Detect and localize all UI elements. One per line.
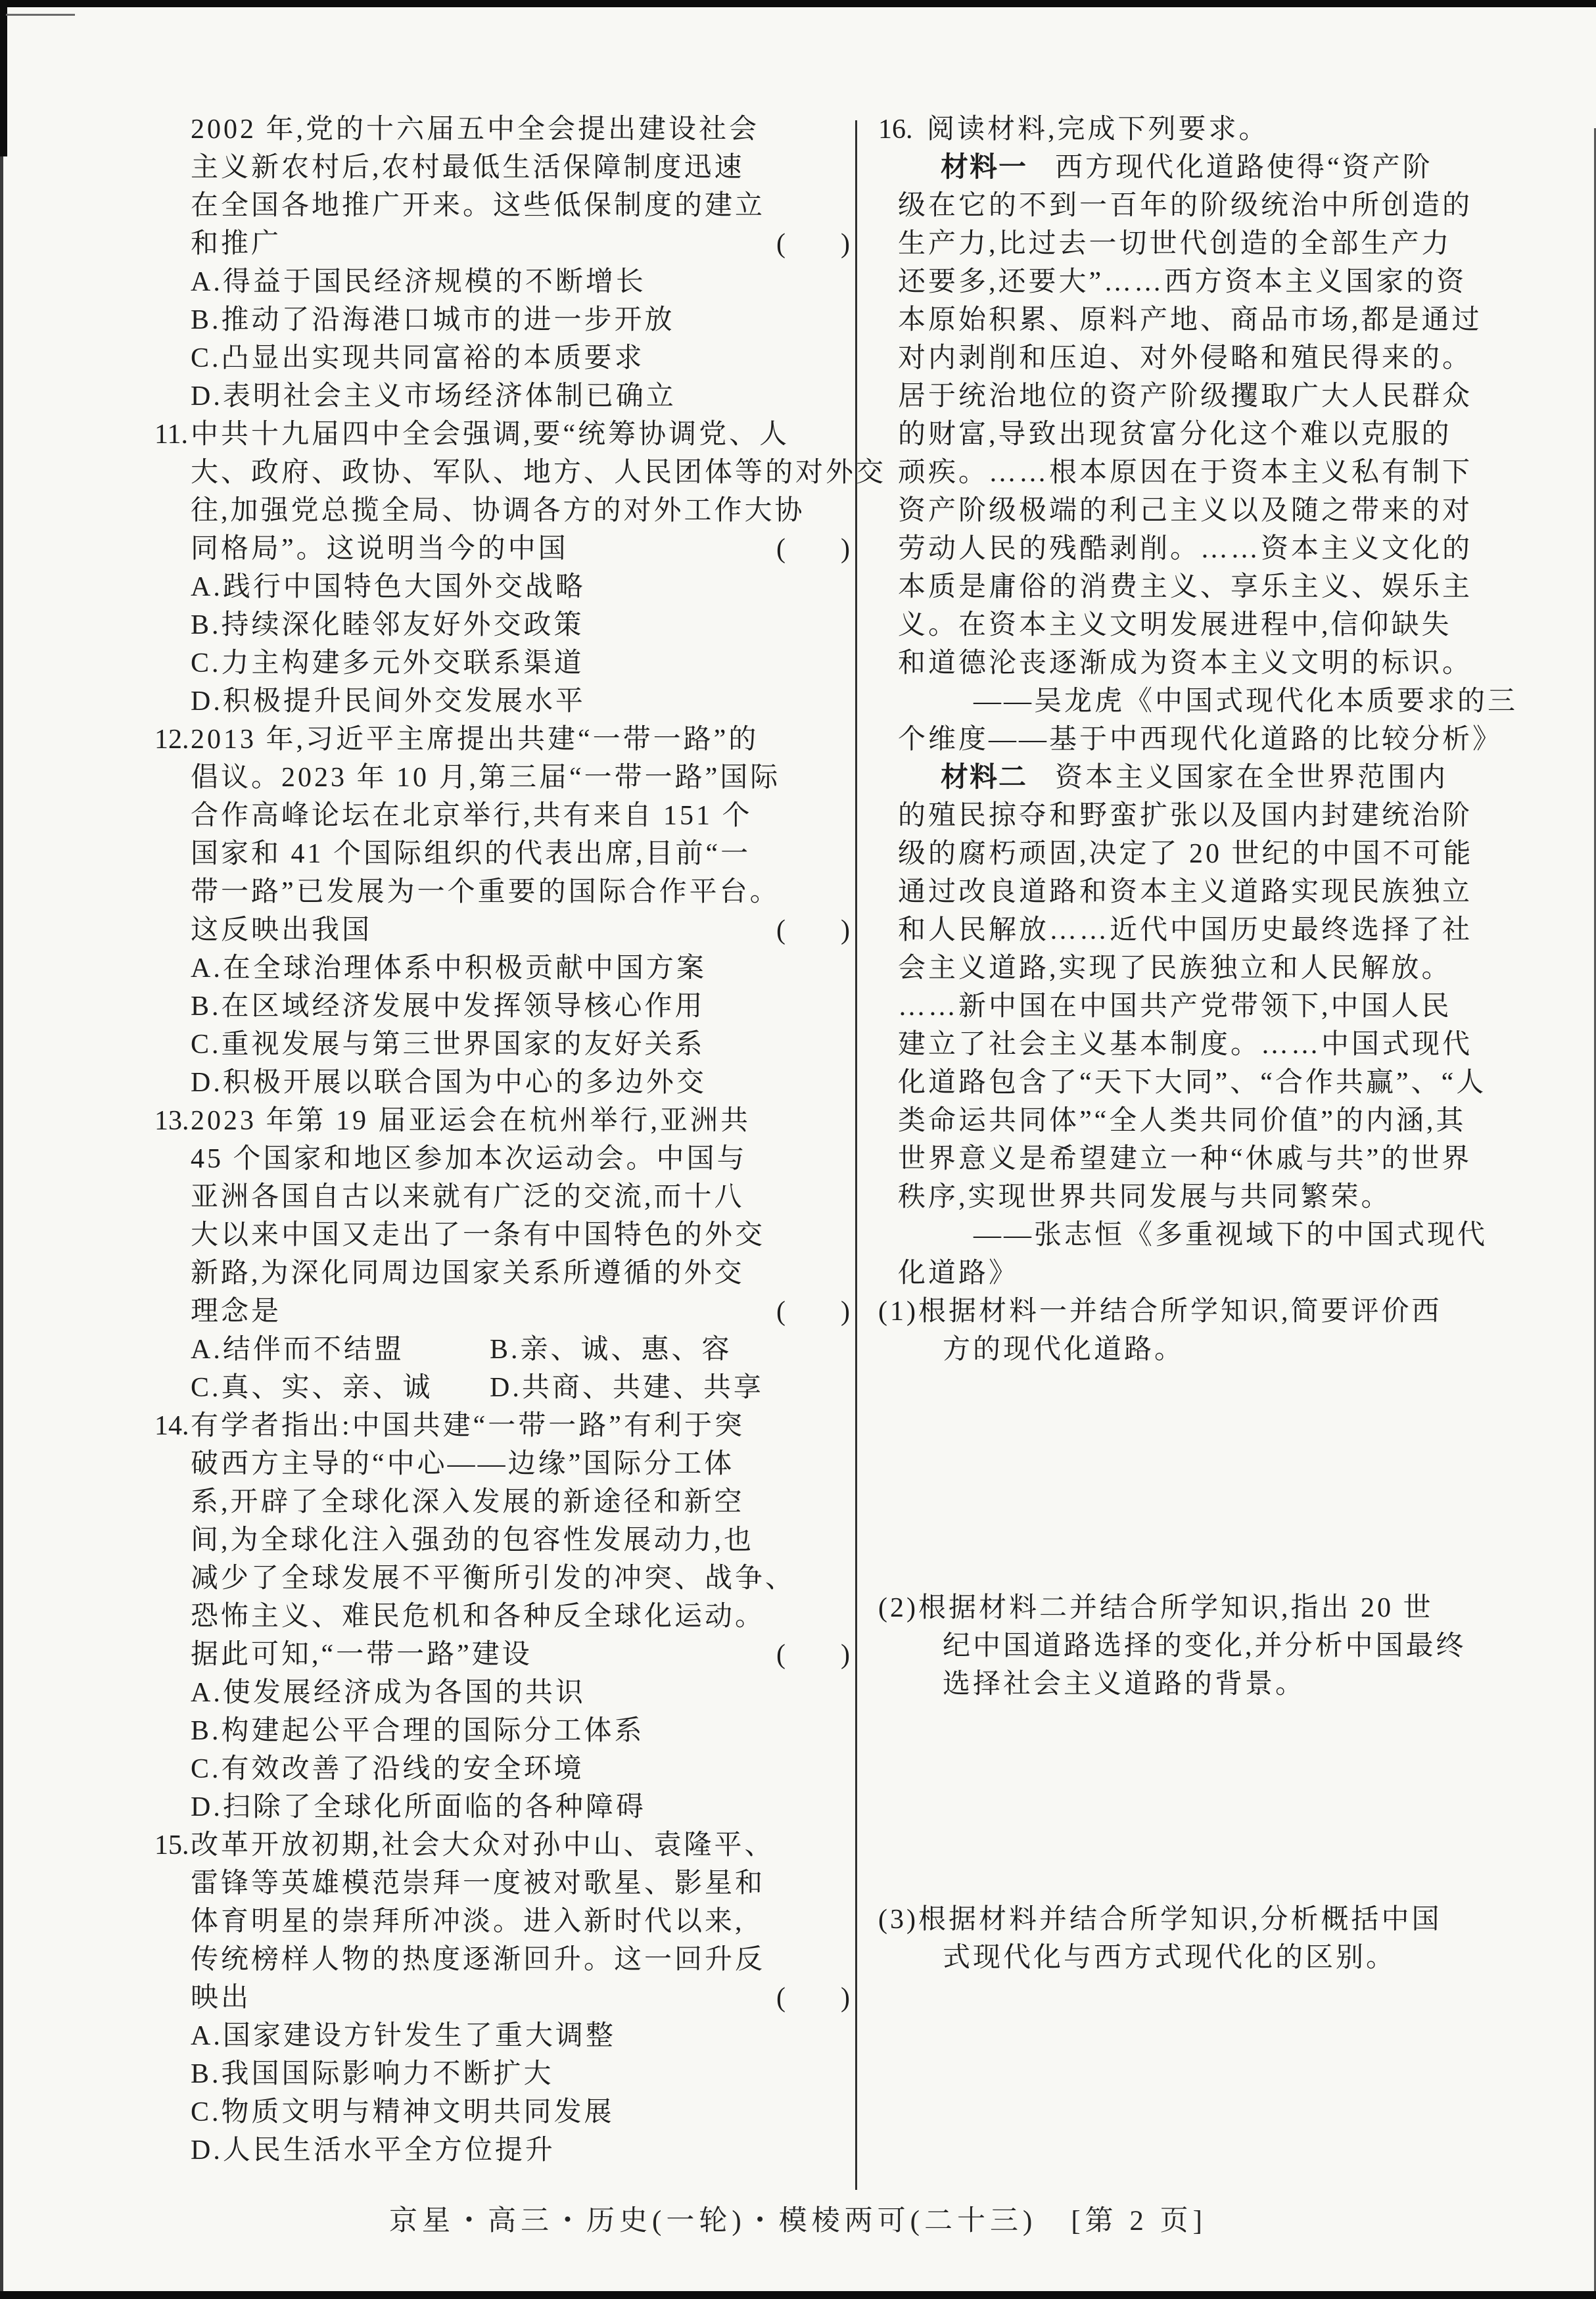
stem-line: 11.中共十九届四中全会强调,要“统筹协调党、人 <box>154 415 850 454</box>
stem-tail-text: 同格局”。这说明当今的中国 <box>191 530 569 568</box>
material-line: 资产阶级极端的利己主义以及随之带来的对 <box>878 492 1575 530</box>
option-line: C.凸显出实现共同富裕的本质要求 <box>154 339 850 377</box>
answer-bracket: ( ) <box>776 1979 850 2017</box>
option-cell: B.亲、诚、惠、容 <box>490 1335 732 1365</box>
material-line: 本原始积累、原料产地、商品市场,都是通过 <box>878 301 1575 339</box>
stem-line: 破西方主导的“中心——边缘”国际分工体 <box>154 1445 850 1483</box>
option-line: C.重视发展与第三世界国家的友好关系 <box>154 1026 850 1064</box>
stem-line: 倡议。2023 年 10 月,第三届“一带一路”国际 <box>154 759 850 797</box>
stem-line: 14.有学者指出:中国共建“一带一路”有利于突 <box>154 1407 850 1445</box>
sub-question-block: (1)根据材料一并结合所学知识,简要评价西方的现代化道路。 <box>878 1292 1575 1369</box>
source-attribution: ——吴龙虎《中国式现代化本质要求的三个维度——基于中西现代化道路的比较分析》 <box>878 682 1575 759</box>
question-block: 13.2023 年第 19 届亚运会在杭州举行,亚洲共45 个国家和地区参加本次… <box>154 1102 850 1407</box>
answer-bracket: ( ) <box>776 225 850 263</box>
option-line: C.有效改善了沿线的安全环境 <box>154 1750 850 1788</box>
stem-line: 12.2013 年,习近平主席提出共建“一带一路”的 <box>154 721 850 759</box>
stem-line: 系,开辟了全球化深入发展的新途径和新空 <box>154 1483 850 1521</box>
material-line: ……新中国在中国共产党带领下,中国人民 <box>878 987 1575 1026</box>
material-line: 级在它的不到一百年的阶级统治中所创造的 <box>878 187 1575 225</box>
option-cell: A.结伴而不结盟 <box>191 1331 490 1369</box>
option-line: C.力主构建多元外交联系渠道 <box>154 644 850 682</box>
stem-tail-line: 映出( ) <box>154 1979 850 2017</box>
scan-registration-tick <box>6 14 75 16</box>
option-line: B.推动了沿海港口城市的进一步开放 <box>154 301 850 339</box>
option-line: A.使发展经济成为各国的共识 <box>154 1674 850 1712</box>
question-number: 14. <box>154 1407 191 1445</box>
material-line: 类命运共同体”“全人类共同价值”的内涵,其 <box>878 1102 1575 1140</box>
option-line: A.在全球治理体系中积极贡献中国方案 <box>154 949 850 987</box>
question-number: 13. <box>154 1102 191 1140</box>
stem-line: 带一路”已发展为一个重要的国际合作平台。 <box>154 873 850 911</box>
question-number: 11. <box>154 415 191 454</box>
option-line: D.人民生活水平全方位提升 <box>154 2131 850 2169</box>
material-line: 义。在资本主义文明发展进程中,信仰缺失 <box>878 606 1575 644</box>
stem-line: 大、政府、政协、军队、地方、人民团体等的对外交 <box>154 454 850 492</box>
footer-page-number: [第 2 页] <box>1071 2206 1207 2237</box>
question-number: 12. <box>154 721 191 759</box>
stem-line: 新路,为深化同周边国家关系所遵循的外交 <box>154 1254 850 1292</box>
material-line: 通过改良道路和资本主义道路实现民族独立 <box>878 873 1575 911</box>
column-divider-rule <box>855 120 857 2190</box>
question-block: 2002 年,党的十六届五中全会提出建设社会主义新农村后,农村最低生活保障制度迅… <box>154 110 850 415</box>
answer-bracket: ( ) <box>776 1292 850 1331</box>
stem-line: 大以来中国又走出了一条有中国特色的外交 <box>154 1216 850 1254</box>
option-line: A.得益于国民经济规模的不断增长 <box>154 263 850 301</box>
sub-question-block: (2)根据材料二并结合所学知识,指出 20 世纪中国道路选择的变化,并分析中国最… <box>878 1589 1575 1703</box>
stem-line: 45 个国家和地区参加本次运动会。中国与 <box>154 1140 850 1178</box>
scan-edge-left-corner <box>0 0 7 156</box>
option-line: D.积极提升民间外交发展水平 <box>154 682 850 721</box>
answer-bracket: ( ) <box>776 1636 850 1674</box>
material-line: 建立了社会主义基本制度。……中国式现代 <box>878 1026 1575 1064</box>
stem-line: 国家和 41 个国际组织的代表出席,目前“一 <box>154 835 850 873</box>
answer-bracket: ( ) <box>776 530 850 568</box>
stem-line: 亚洲各国自古以来就有广泛的交流,而十八 <box>154 1178 850 1216</box>
right-column: 16.阅读材料,完成下列要求。材料一西方现代化道路使得“资产阶级在它的不到一百年… <box>878 110 1575 1977</box>
material-label: 材料二 <box>941 763 1027 793</box>
stem-tail-text: 理念是 <box>191 1292 281 1331</box>
stem-line: 恐怖主义、难民危机和各种反全球化运动。 <box>154 1598 850 1636</box>
option-line: A.国家建设方针发生了重大调整 <box>154 2017 850 2055</box>
stem-line: 2002 年,党的十六届五中全会提出建设社会 <box>154 110 850 149</box>
answer-bracket: ( ) <box>776 911 850 949</box>
material-line: 生产力,比过去一切世代创造的全部生产力 <box>878 225 1575 263</box>
stem-line: 间,为全球化注入强劲的包容性发展动力,也 <box>154 1521 850 1559</box>
stem-line: 体育明星的崇拜所冲淡。进入新时代以来, <box>154 1903 850 1941</box>
question-intro-line: 16.阅读材料,完成下列要求。 <box>878 110 1575 149</box>
option-cell: D.共商、共建、共享 <box>490 1373 764 1403</box>
sub-question-line: (3)根据材料并结合所学知识,分析概括中国 <box>878 1901 1575 1939</box>
stem-tail-text: 和推广 <box>191 225 281 263</box>
attribution-line: ——张志恒《多重视域下的中国式现代 <box>878 1216 1575 1254</box>
stem-line: 合作高峰论坛在北京举行,共有来自 151 个 <box>154 797 850 835</box>
stem-line: 减少了全球发展不平衡所引发的冲突、战争、 <box>154 1559 850 1598</box>
material-line: 的殖民掠夺和野蛮扩张以及国内封建统治阶 <box>878 797 1575 835</box>
exam-paper-page: 2002 年,党的十六届五中全会提出建设社会主义新农村后,农村最低生活保障制度迅… <box>0 0 1596 2299</box>
material-line: 秩序,实现世界共同发展与共同繁荣。 <box>878 1178 1575 1216</box>
footer-title: 京星・高三・历史(一轮)・模棱两可(二十三) <box>389 2206 1037 2237</box>
material-label: 材料一 <box>941 153 1027 183</box>
material-line: 本质是庸俗的消费主义、享乐主义、娱乐主 <box>878 568 1575 606</box>
sub-question-line: (2)根据材料二并结合所学知识,指出 20 世 <box>878 1589 1575 1627</box>
material-block: 材料二资本主义国家在全世界范围内的殖民掠夺和野蛮扩张以及国内封建统治阶级的腐朽顽… <box>878 759 1575 1216</box>
scan-edge-bottom <box>0 2291 1596 2299</box>
stem-tail-line: 和推广( ) <box>154 225 850 263</box>
option-line: A.践行中国特色大国外交战略 <box>154 568 850 606</box>
material-line: 居于统治地位的资产阶级攫取广大人民群众 <box>878 377 1575 415</box>
stem-tail-line: 据此可知,“一带一路”建设( ) <box>154 1636 850 1674</box>
sub-question-line: 方的现代化道路。 <box>878 1331 1575 1369</box>
material-line: 的财富,导致出现贫富分化这个难以克服的 <box>878 415 1575 454</box>
stem-tail-text: 这反映出我国 <box>191 911 372 949</box>
sub-question-line: 式现代化与西方式现代化的区别。 <box>878 1939 1575 1977</box>
sub-question-block: (3)根据材料并结合所学知识,分析概括中国式现代化与西方式现代化的区别。 <box>878 1901 1575 1977</box>
stem-line: 主义新农村后,农村最低生活保障制度迅速 <box>154 149 850 187</box>
question-number: 15. <box>154 1826 191 1864</box>
question-number: 16. <box>878 110 927 149</box>
option-line: B.在区域经济发展中发挥领导核心作用 <box>154 987 850 1026</box>
stem-line: 往,加强党总揽全局、协调各方的对外工作大协 <box>154 492 850 530</box>
left-column: 2002 年,党的十六届五中全会提出建设社会主义新农村后,农村最低生活保障制度迅… <box>154 110 850 2169</box>
sub-question-line: 纪中国道路选择的变化,并分析中国最终 <box>878 1627 1575 1665</box>
question-block: 14.有学者指出:中国共建“一带一路”有利于突破西方主导的“中心——边缘”国际分… <box>154 1407 850 1826</box>
material-line: 顽疾。……根本原因在于资本主义私有制下 <box>878 454 1575 492</box>
scan-edge-top <box>0 0 1596 7</box>
material-line: 世界意义是希望建立一种“休戚与共”的世界 <box>878 1140 1575 1178</box>
question-block: 12.2013 年,习近平主席提出共建“一带一路”的倡议。2023 年 10 月… <box>154 721 850 1102</box>
material-line: 和道德沦丧逐渐成为资本主义文明的标识。 <box>878 644 1575 682</box>
material-line: 和人民解放……近代中国历史最终选择了社 <box>878 911 1575 949</box>
material-block: 材料一西方现代化道路使得“资产阶级在它的不到一百年的阶级统治中所创造的生产力,比… <box>878 149 1575 682</box>
option-line: D.表明社会主义市场经济体制已确立 <box>154 377 850 415</box>
option-line: C.物质文明与精神文明共同发展 <box>154 2093 850 2131</box>
attribution-line: 个维度——基于中西现代化道路的比较分析》 <box>878 721 1575 759</box>
attribution-line: ——吴龙虎《中国式现代化本质要求的三 <box>878 682 1575 721</box>
stem-tail-line: 同格局”。这说明当今的中国( ) <box>154 530 850 568</box>
page-footer: 京星・高三・历史(一轮)・模棱两可(二十三)[第 2 页] <box>0 2198 1596 2239</box>
material-line: 化道路包含了“天下大同”、“合作共赢”、“人 <box>878 1064 1575 1102</box>
option-row: A.结伴而不结盟B.亲、诚、惠、容 <box>154 1331 850 1369</box>
question-block: 11.中共十九届四中全会强调,要“统筹协调党、人大、政府、政协、军队、地方、人民… <box>154 415 850 721</box>
source-attribution: ——张志恒《多重视域下的中国式现代化道路》 <box>878 1216 1575 1292</box>
material-line: 会主义道路,实现了民族独立和人民解放。 <box>878 949 1575 987</box>
stem-tail-text: 据此可知,“一带一路”建设 <box>191 1636 532 1674</box>
material-line: 劳动人民的残酷剥削。……资本主义文化的 <box>878 530 1575 568</box>
stem-line: 传统榜样人物的热度逐渐回升。这一回升反 <box>154 1941 850 1979</box>
stem-tail-line: 这反映出我国( ) <box>154 911 850 949</box>
material-line: 还要多,还要大”……西方资本主义国家的资 <box>878 263 1575 301</box>
option-cell: C.真、实、亲、诚 <box>191 1369 490 1407</box>
material-first-line: 材料二资本主义国家在全世界范围内 <box>878 759 1575 797</box>
question-block: 15.改革开放初期,社会大众对孙中山、袁隆平、雷锋等英雄模范崇拜一度被对歌星、影… <box>154 1826 850 2169</box>
scan-edge-left <box>0 0 3 2299</box>
option-line: B.我国国际影响力不断扩大 <box>154 2055 850 2093</box>
option-line: D.扫除了全球化所面临的各种障碍 <box>154 1788 850 1826</box>
material-first-line: 材料一西方现代化道路使得“资产阶 <box>878 149 1575 187</box>
option-line: D.积极开展以联合国为中心的多边外交 <box>154 1064 850 1102</box>
stem-line: 15.改革开放初期,社会大众对孙中山、袁隆平、 <box>154 1826 850 1864</box>
stem-line: 13.2023 年第 19 届亚运会在杭州举行,亚洲共 <box>154 1102 850 1140</box>
option-line: B.持续深化睦邻友好外交政策 <box>154 606 850 644</box>
stem-line: 雷锋等英雄模范崇拜一度被对歌星、影星和 <box>154 1864 850 1903</box>
sub-question-line: 选择社会主义道路的背景。 <box>878 1665 1575 1703</box>
material-line: 对内剥削和压迫、对外侵略和殖民得来的。 <box>878 339 1575 377</box>
option-row: C.真、实、亲、诚D.共商、共建、共享 <box>154 1369 850 1407</box>
sub-question-line: (1)根据材料一并结合所学知识,简要评价西 <box>878 1292 1575 1331</box>
option-line: B.构建起公平合理的国际分工体系 <box>154 1712 850 1750</box>
stem-line: 在全国各地推广开来。这些低保制度的建立 <box>154 187 850 225</box>
attribution-line: 化道路》 <box>878 1254 1575 1292</box>
material-line: 级的腐朽顽固,决定了 20 世纪的中国不可能 <box>878 835 1575 873</box>
stem-tail-text: 映出 <box>191 1979 251 2017</box>
stem-tail-line: 理念是( ) <box>154 1292 850 1331</box>
